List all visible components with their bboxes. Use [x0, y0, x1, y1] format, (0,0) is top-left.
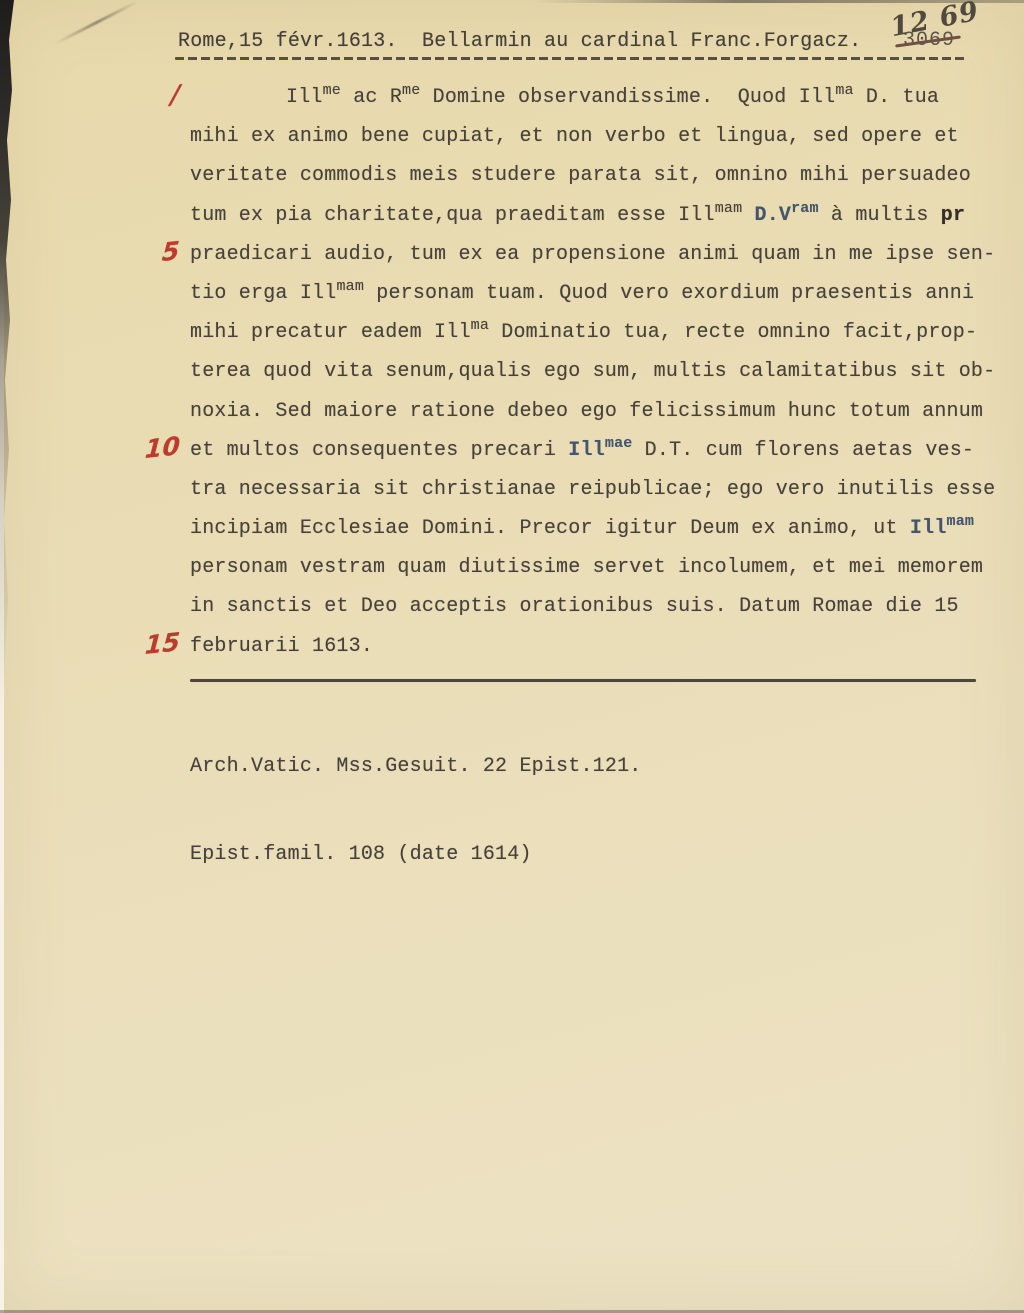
typewriter-text: mihi precatur eadem Ill	[190, 321, 471, 344]
typewriter-text: mihi ex animo bene cupiat, et non verbo …	[190, 125, 959, 148]
typewriter-text: Domine observandissime. Quod Ill	[420, 86, 835, 109]
pencil-mark	[55, 0, 138, 44]
archive-references: Arch.Vatic. Mss.Gesuit. 22 Epist.121. Ep…	[190, 700, 641, 922]
typewriter-text: tra necessaria sit christianae reipublic…	[190, 478, 995, 501]
typewriter-text: praedicari audio, tum ex ea propensione …	[190, 243, 995, 266]
typewriter-text: me	[402, 82, 420, 99]
letter-body: /Illme ac Rme Domine observandissime. Qu…	[190, 78, 1002, 666]
typewriter-text: ma	[471, 317, 489, 334]
letter-line: tio erga Illmam personam tuam. Quod vero…	[190, 274, 1002, 313]
letter-line: in sanctis et Deo acceptis orationibus s…	[190, 587, 1002, 626]
letter-line: /Illme ac Rme Domine observandissime. Qu…	[190, 78, 1002, 117]
letter-line: terea quod vita senum,qualis ego sum, mu…	[190, 352, 1002, 391]
scan-left-dark-edge	[0, 0, 14, 900]
overstruck-text: mae	[605, 435, 633, 452]
typewriter-text: tio erga Ill	[190, 282, 336, 305]
letter-line: mihi ex animo bene cupiat, et non verbo …	[190, 117, 1002, 156]
footer-rule	[190, 679, 976, 682]
scanned-letter-page: 12 69 3069 Rome,15 févr.1613. Bellarmin …	[0, 0, 1024, 1313]
overstruck-text: Ill	[568, 439, 605, 462]
overstruck-text: D.V	[755, 204, 792, 227]
margin-line-number: 10	[144, 426, 182, 469]
typewriter-text: personam vestram quam diutissime servet …	[190, 556, 983, 579]
typewriter-text: mam	[715, 200, 743, 217]
letter-line: mihi precatur eadem Illma Dominatio tua,…	[190, 313, 1002, 352]
typewriter-text: personam tuam. Quod vero exordium praese…	[364, 282, 974, 305]
crossed-out-number: 3069	[903, 29, 955, 52]
margin-line-number: 15	[144, 622, 182, 665]
letter-heading: Rome,15 févr.1613. Bellarmin au cardinal…	[178, 30, 861, 53]
letter-line: 5praedicari audio, tum ex ea propensione…	[190, 235, 1002, 274]
letter-line: tum ex pia charitate,qua praeditam esse …	[190, 196, 1002, 235]
typewriter-text: D. tua	[854, 86, 939, 109]
typewriter-text: pr	[941, 204, 965, 227]
typewriter-text: D.T. cum florens aetas ves-	[632, 439, 974, 462]
overstruck-text: mam	[947, 513, 975, 530]
letter-line: incipiam Ecclesiae Domini. Precor igitur…	[190, 509, 1002, 548]
typewriter-text: incipiam Ecclesiae Domini. Precor igitur…	[190, 517, 910, 540]
overstruck-text: ram	[791, 200, 819, 217]
typewriter-text: in sanctis et Deo acceptis orationibus s…	[190, 595, 959, 618]
typewriter-text: ac R	[341, 86, 402, 109]
typewriter-text	[742, 204, 754, 227]
typewriter-text: Dominatio tua, recte omnino facit,prop-	[489, 321, 977, 344]
typewriter-text: tum ex pia charitate,qua praeditam esse …	[190, 204, 715, 227]
letter-line: veritate commodis meis studere parata si…	[190, 156, 1002, 195]
letter-line: 15februarii 1613.	[190, 627, 1002, 666]
typewriter-text: veritate commodis meis studere parata si…	[190, 164, 971, 187]
typewriter-text: ma	[835, 82, 853, 99]
margin-line-number: 5	[161, 231, 181, 273]
typewriter-text: et multos consequentes precari	[190, 439, 568, 462]
letter-line: 10et multos consequentes precari Illmae …	[190, 431, 1002, 470]
typewriter-text: februarii 1613.	[190, 635, 373, 658]
typewriter-text: noxia. Sed maiore ratione debeo ego feli…	[190, 400, 983, 423]
dashed-underline	[175, 57, 967, 60]
typewriter-text: mam	[336, 278, 364, 295]
letter-line: noxia. Sed maiore ratione debeo ego feli…	[190, 392, 1002, 431]
archive-reference: Epist.famil. 108 (date 1614)	[190, 834, 641, 876]
overstruck-text: Ill	[910, 517, 947, 540]
typewriter-text: à multis	[819, 204, 941, 227]
archive-reference: Arch.Vatic. Mss.Gesuit. 22 Epist.121.	[190, 746, 641, 788]
margin-line-number: /	[169, 74, 181, 115]
scan-top-edge	[0, 0, 1024, 3]
letter-line: personam vestram quam diutissime servet …	[190, 548, 1002, 587]
typewriter-text: me	[323, 82, 341, 99]
typewriter-text: terea quod vita senum,qualis ego sum, mu…	[190, 360, 995, 383]
letter-line: tra necessaria sit christianae reipublic…	[190, 470, 1002, 509]
typewriter-text: Ill	[286, 86, 323, 109]
